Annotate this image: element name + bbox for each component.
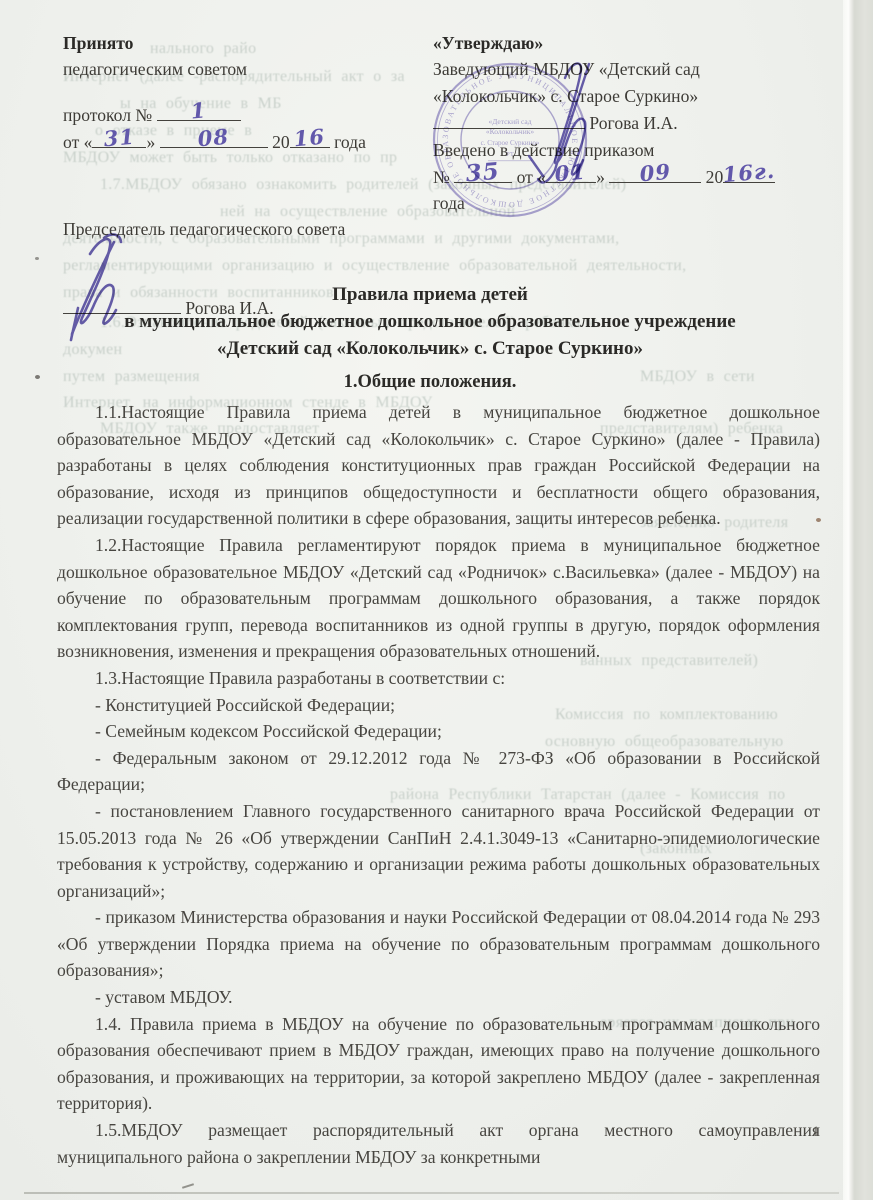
- month-blank: 08: [160, 128, 268, 148]
- scanned-document-page: нального райоИнтернет (далее -распорядит…: [0, 0, 873, 1200]
- paragraph: 1.1.Настоящие Правила приема детей в мун…: [57, 399, 820, 532]
- day-blank: 31: [92, 128, 146, 148]
- paragraph: 1.4. Правила приема в МБДОУ на обучение …: [57, 1011, 820, 1117]
- paragraph: - Семейным кодексом Российской Федерации…: [57, 718, 820, 745]
- stamp-inner-line: РТ: [506, 151, 514, 158]
- paragraph: 1.5.МБДОУ размещает распорядительный акт…: [57, 1117, 820, 1170]
- paper-bottom-edge: [24, 1192, 839, 1194]
- from-label: от «: [63, 132, 92, 152]
- paper-right-edge: [843, 0, 873, 1200]
- title-line1: Правила приема детей: [0, 281, 860, 308]
- head-signature: [515, 56, 610, 196]
- paragraph: 1.2.Настоящие Правила регламентируют пор…: [57, 532, 820, 665]
- month-blank: 09: [609, 163, 701, 183]
- paragraph: - постановлением Главного государственно…: [57, 798, 820, 904]
- accepted-by: педагогическим советом: [63, 56, 433, 82]
- century-label: 20: [706, 167, 724, 187]
- approve-label: «Утверждаю»: [433, 30, 843, 56]
- paragraph: - Конституцией Российской Федерации;: [57, 692, 820, 719]
- year-blank: 16г.: [723, 163, 775, 183]
- century-label: 20: [272, 132, 290, 152]
- title-line2: в муниципальное бюджетное дошкольное обр…: [0, 308, 860, 335]
- handwritten-day: 31: [102, 124, 135, 153]
- handwritten-year: 16г.: [722, 158, 776, 189]
- pen-mark: [182, 1183, 194, 1189]
- handwritten-year: 16: [293, 124, 326, 153]
- accepted-label: Принято: [63, 30, 433, 56]
- protocol-date-row: от «31» 08 2016 года: [63, 128, 433, 155]
- handwritten-month: 09: [638, 159, 671, 188]
- paragraph: - уставом МБДОУ.: [57, 984, 820, 1011]
- paragraph: - приказом Министерства образования и на…: [57, 904, 820, 984]
- title-line3: «Детский сад «Колокольчик» с. Старое Сур…: [0, 335, 860, 362]
- year-word: года: [334, 132, 366, 152]
- section-heading: 1.Общие положения.: [0, 372, 860, 393]
- document-body: 1.1.Настоящие Правила приема детей в мун…: [57, 399, 820, 1170]
- handwritten-month: 08: [197, 124, 230, 153]
- scan-speck: [35, 257, 39, 260]
- paragraph: - Федеральным законом от 29.12.2012 года…: [57, 745, 820, 798]
- paragraph: 1.3.Настоящие Правила разработаны в соот…: [57, 665, 820, 692]
- protocol-label: протокол №: [63, 105, 152, 125]
- year-blank: 16: [290, 128, 330, 148]
- close-quote: »: [146, 132, 155, 152]
- document-title: Правила приема детей в муниципальное бюд…: [0, 281, 860, 362]
- page-number: 1: [812, 1124, 820, 1141]
- protocol-number-blank: 1: [157, 101, 241, 121]
- handwritten-protocol-number: 1: [189, 97, 207, 125]
